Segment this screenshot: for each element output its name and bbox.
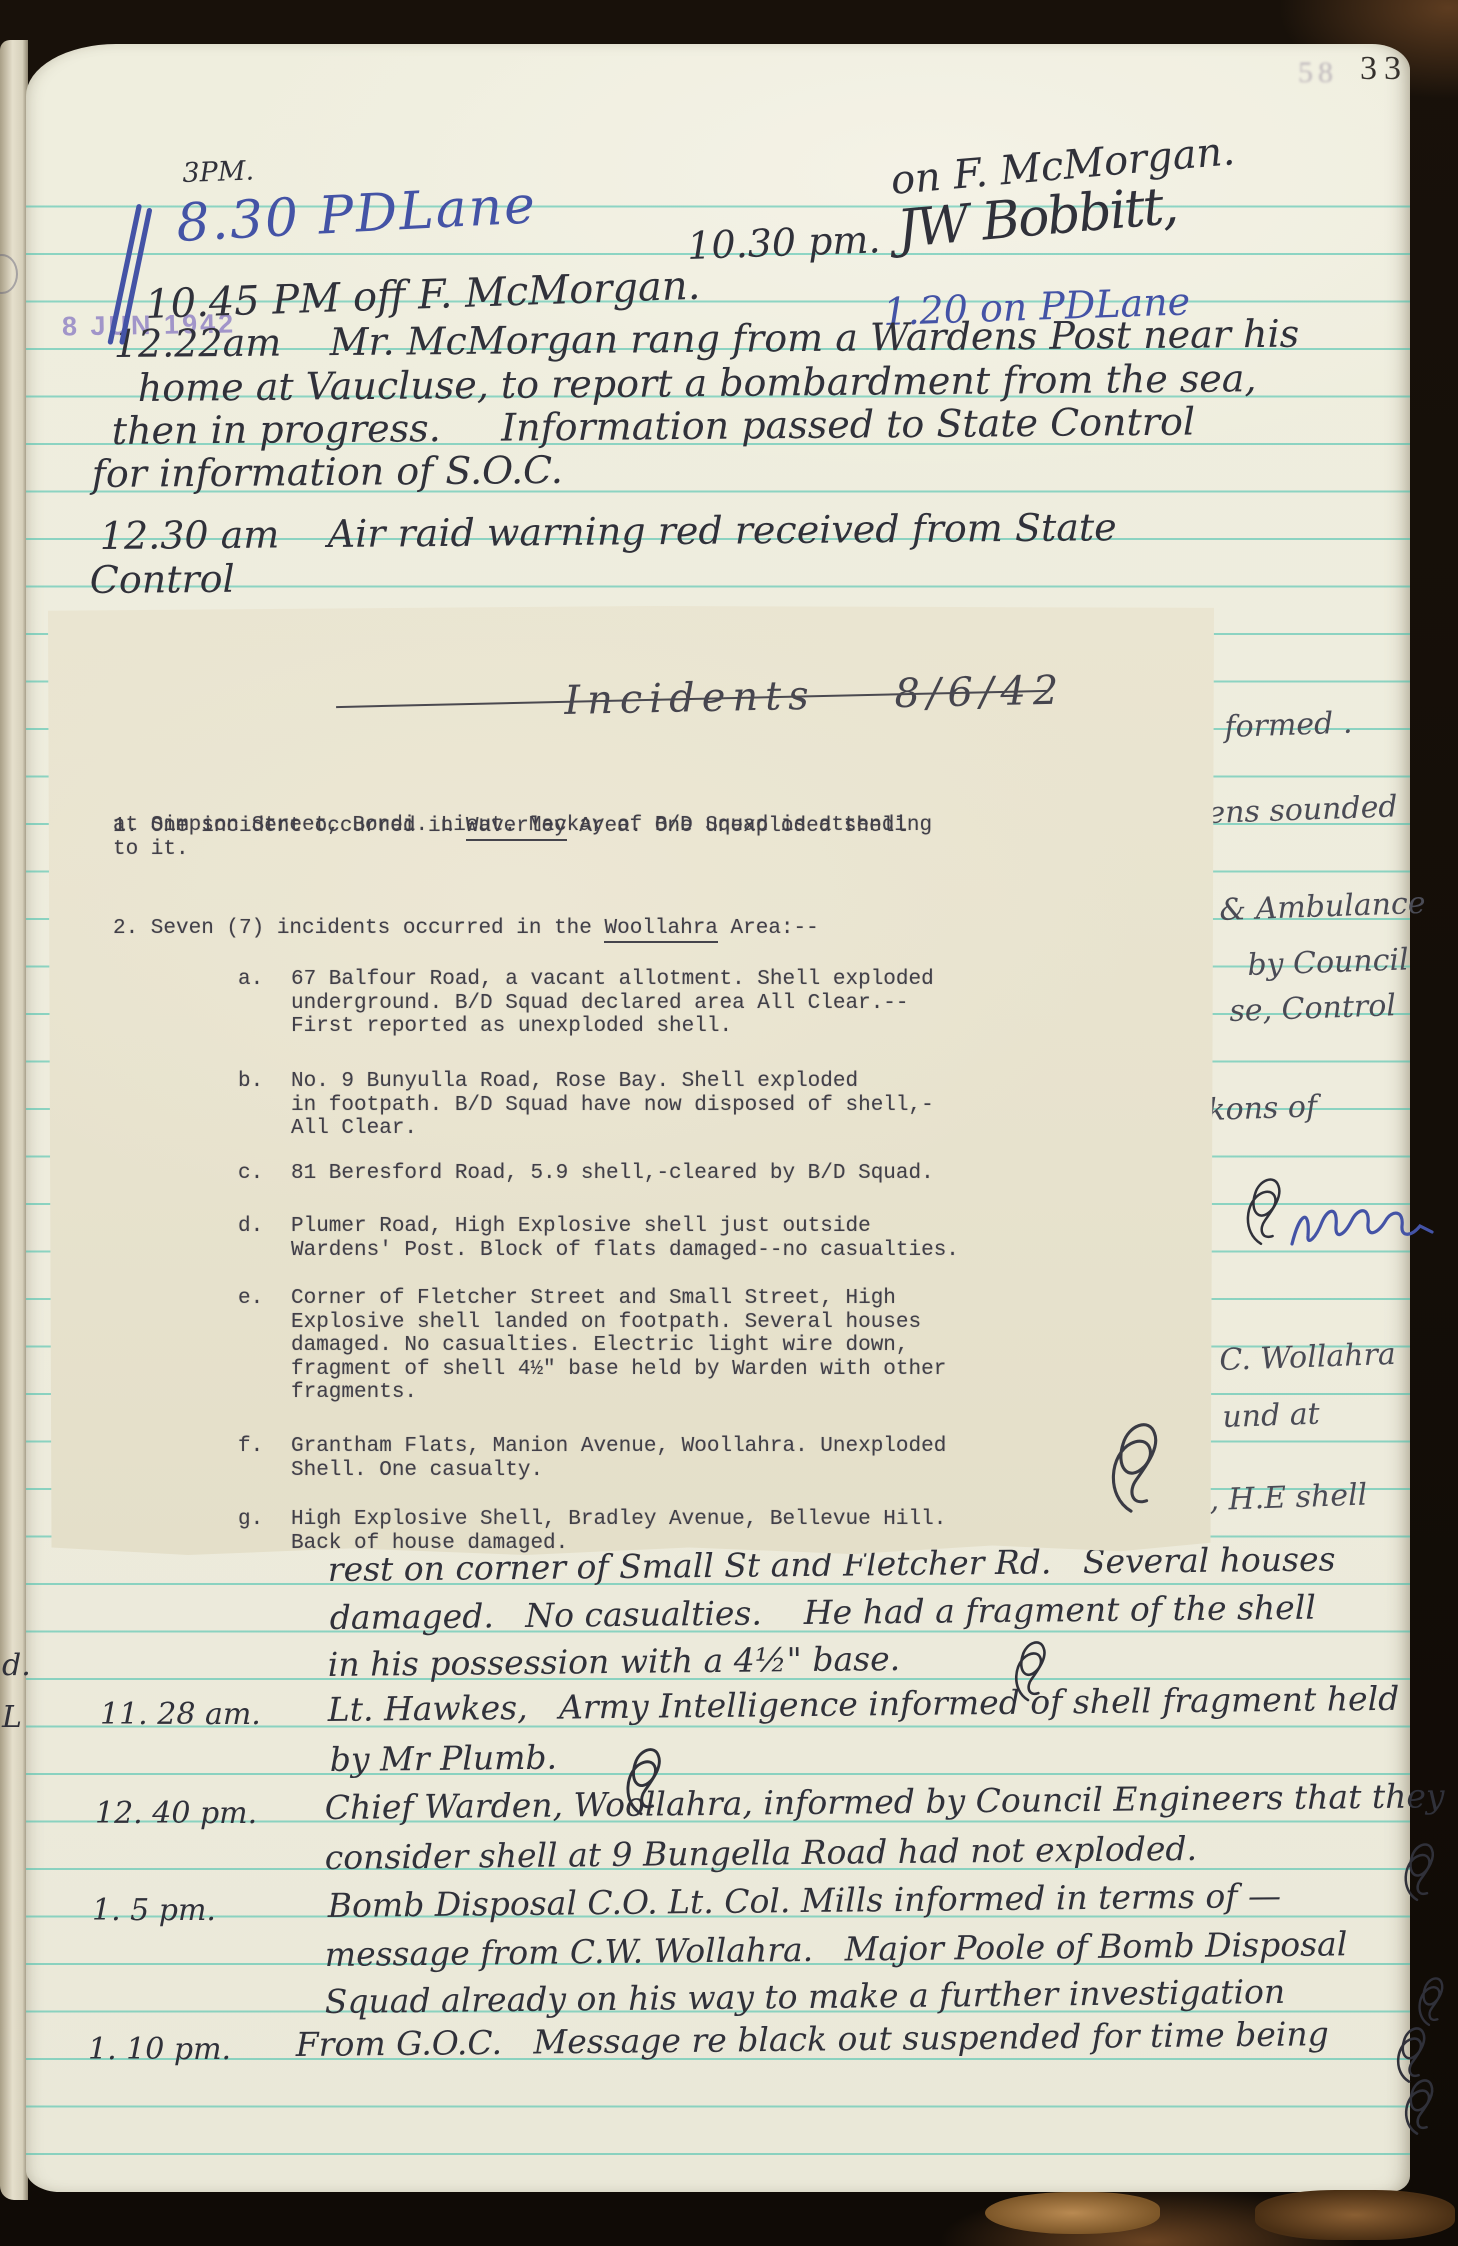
- item2-underlined: Woollahra: [604, 917, 717, 943]
- memo-sub-text-f: Grantham Flats, Manion Avenue, Woollahra…: [291, 1435, 1021, 1482]
- entry-1222am-line4: for information of S.O.C.: [92, 448, 563, 496]
- memo-sub-text-b: No. 9 Bunyulla Road, Rose Bay. Shell exp…: [291, 1070, 1021, 1141]
- memo-sub-text-a: 67 Balfour Road, a vacant allotment. She…: [291, 968, 1021, 1039]
- memo-item-1-rest: at Simpson Street, Bondi. Lieut. Mackay …: [113, 814, 932, 861]
- blue-signature: [1286, 1192, 1436, 1254]
- bottom-line-2: in his possession with a 4½" base.: [328, 1639, 901, 1684]
- bottom-line-4: by Mr Plumb.: [330, 1738, 558, 1779]
- memo-sub-letter-e: e.: [238, 1287, 263, 1311]
- bottom-tan-patch: [985, 2192, 1160, 2234]
- black-initials-scribble: [1232, 1162, 1290, 1254]
- handwritten-1030pm: 10.30 pm.: [686, 217, 881, 268]
- blue-paraph-mark: [100, 198, 152, 348]
- memo-sub-text-c: 81 Beresford Road, 5.9 shell,-cleared by…: [291, 1162, 1051, 1186]
- photographed-logbook: 58 33 8 JUN 1942 3PM. on F. McMorgan. 8.…: [0, 0, 1458, 2246]
- initials-scribble: [1392, 1830, 1442, 1908]
- gutter-fragment: d.: [2, 1648, 31, 1683]
- memo-sub-letter-d: d.: [238, 1215, 263, 1239]
- memo-sub-letter-b: b.: [238, 1070, 263, 1094]
- time-105pm: 1. 5 pm.: [92, 1893, 216, 1928]
- item2-post: Area:--: [718, 917, 819, 940]
- right-fragment: se, Control: [1229, 988, 1397, 1029]
- item2-pre: 2. Seven (7) incidents occurred in the: [113, 917, 604, 940]
- right-fragment: by Council: [1247, 942, 1409, 983]
- memo-sub-letter-c: c.: [238, 1162, 263, 1186]
- entry-1230am-line1: 12.30 am Air raid warning red received f…: [100, 505, 1117, 558]
- initials-scribble: [612, 1732, 670, 1824]
- memo-sub-text-d: Plumer Road, High Explosive shell just o…: [291, 1215, 1021, 1262]
- handwritten-note-3pm: 3PM.: [182, 156, 255, 189]
- edge-stamp-mark: [0, 254, 18, 294]
- right-fragment: & Ambulance: [1219, 886, 1426, 928]
- initials-scribble: [1393, 2068, 1441, 2140]
- memo-sub-text-e: Corner of Fletcher Street and Small Stre…: [291, 1287, 1021, 1405]
- bottom-brown-patch: [1255, 2190, 1455, 2240]
- right-fragment: ens sounded: [1207, 789, 1398, 831]
- initials-scribble: [1002, 1628, 1054, 1708]
- time-110pm: 1. 10 pm.: [88, 2032, 231, 2067]
- right-fragment: , H.E shell: [1209, 1478, 1368, 1518]
- right-fragment: formed .: [1224, 706, 1353, 745]
- gutter-fragment: L: [2, 1700, 22, 1735]
- time-1240pm: 12. 40 pm.: [95, 1796, 257, 1831]
- memo-item-2: 2. Seven (7) incidents occurred in the W…: [113, 893, 819, 940]
- memo-sub-letter-g: g.: [238, 1508, 263, 1532]
- memo-initials-scribble: [1092, 1402, 1170, 1524]
- page-number: 33: [1360, 50, 1408, 88]
- right-fragment: C. Wollahra: [1219, 1337, 1397, 1378]
- memo-sub-text-g: High Explosive Shell, Bradley Avenue, Be…: [291, 1508, 1021, 1555]
- memo-sub-letter-a: a.: [238, 968, 263, 992]
- time-1128am: 11. 28 am.: [100, 1697, 261, 1732]
- right-fragment: und at: [1222, 1397, 1320, 1435]
- right-fragment: kons of: [1207, 1089, 1318, 1128]
- ghost-page-number: 58: [1298, 56, 1338, 90]
- memo-sub-letter-f: f.: [238, 1435, 263, 1459]
- typed-incident-report: Incidents 8/6/42 1. One incident occurre…: [48, 606, 1214, 1556]
- entry-1230am-line2: Control: [90, 557, 235, 602]
- book-edge-left: [0, 40, 28, 2200]
